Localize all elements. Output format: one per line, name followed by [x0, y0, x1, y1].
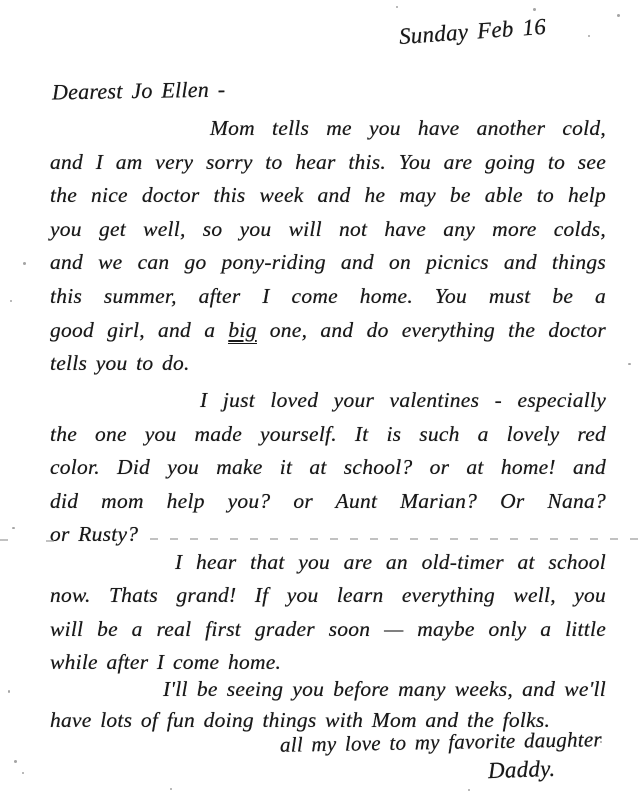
- letter-date: Sunday Feb 16: [398, 14, 547, 50]
- fold-crease-line: [0, 539, 16, 541]
- salutation: Dearest Jo Ellen -: [52, 76, 226, 105]
- paragraph-1: Mom tells me you have another cold, and …: [50, 112, 606, 381]
- letter-line: and we can go pony-riding and on picnics…: [50, 246, 606, 280]
- letter-line: and I am very sorry to hear this. You ar…: [50, 146, 606, 180]
- scan-speck: [22, 772, 24, 774]
- scan-speck: [10, 300, 12, 302]
- scan-speck: [588, 35, 590, 37]
- letter-line: the nice doctor this week and he may be …: [50, 179, 606, 213]
- letter-line: good girl, and a big one, and do everyth…: [50, 314, 606, 348]
- signature: Daddy.: [488, 756, 556, 784]
- letter-line: tells you to do.: [50, 347, 606, 381]
- scan-speck: [628, 363, 631, 365]
- paragraph-2: I just loved your valentines - especiall…: [50, 384, 606, 552]
- letter-line: did mom help you? or Aunt Marian? Or Nan…: [50, 485, 606, 519]
- scan-speck: [14, 760, 17, 763]
- scan-speck: [170, 788, 172, 790]
- scan-speck: [396, 6, 398, 8]
- scan-speck: [468, 789, 470, 791]
- closing-line: all my love to my favorite daughter: [280, 727, 602, 758]
- scan-speck: [533, 8, 536, 11]
- scan-speck: [600, 741, 602, 743]
- scan-speck: [8, 690, 10, 693]
- underlined-word: big: [228, 318, 256, 344]
- letter-line: you get well, so you will not have any m…: [50, 213, 606, 247]
- scan-speck: [23, 262, 26, 265]
- letter-page: Sunday Feb 16 Dearest Jo Ellen - Mom tel…: [0, 0, 640, 800]
- scan-speck: [617, 14, 620, 17]
- letter-line: I just loved your valentines - especiall…: [50, 384, 606, 418]
- scan-speck: [12, 527, 15, 529]
- paragraph-4: I'll be seeing you before many weeks, an…: [50, 674, 606, 736]
- paragraph-3: I hear that you are an old-timer at scho…: [50, 546, 606, 679]
- letter-line: the one you made yourself. It is such a …: [50, 418, 606, 452]
- letter-line: I'll be seeing you before many weeks, an…: [50, 674, 606, 705]
- line-segment: good girl, and a: [50, 318, 228, 342]
- letter-line: color. Did you make it at school? or at …: [50, 451, 606, 485]
- fold-crease-line: [46, 540, 66, 542]
- letter-line: this summer, after I come home. You must…: [50, 280, 606, 314]
- letter-line: I hear that you are an old-timer at scho…: [50, 546, 606, 579]
- letter-line: Mom tells me you have another cold,: [50, 112, 606, 146]
- line-segment: one, and do everything the doctor: [257, 318, 606, 342]
- letter-line: will be a real first grader soon — maybe…: [50, 613, 606, 646]
- fold-crease-line: [150, 538, 640, 540]
- letter-line: now. Thats grand! If you learn everythin…: [50, 579, 606, 612]
